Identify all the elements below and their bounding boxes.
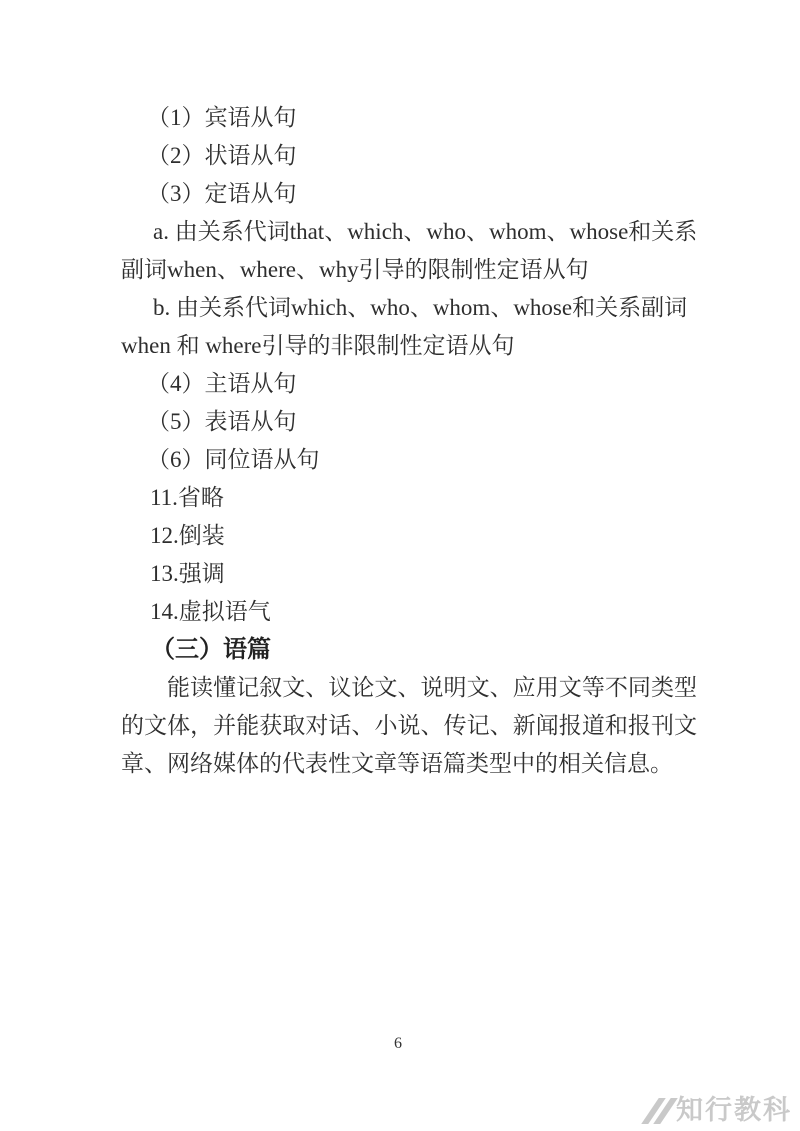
- doc-line-sub-a-cont: 副词when、where、why引导的限制性定语从句: [121, 251, 697, 289]
- doc-line-item-1: （1）宾语从句: [121, 99, 697, 137]
- paragraph-line-2: 的文体，并能获取对话、小说、传记、新闻报道和报刊文: [121, 707, 697, 745]
- doc-line-sub-a: a. 由关系代词that、which、who、whom、whose和关系: [121, 213, 697, 251]
- doc-line-item-6: （6）同位语从句: [121, 441, 697, 479]
- paragraph-line-3: 章、网络媒体的代表性文章等语篇类型中的相关信息。: [121, 745, 697, 783]
- document-body: （1）宾语从句 （2）状语从句 （3）定语从句 a. 由关系代词that、whi…: [121, 99, 697, 783]
- paragraph-line-1: 能读懂记叙文、议论文、说明文、应用文等不同类型: [121, 669, 697, 707]
- watermark: 知行教科: [650, 1093, 792, 1127]
- doc-line-item-12: 12.倒装: [121, 517, 697, 555]
- section-heading: （三）语篇: [121, 631, 697, 669]
- doc-line-item-4: （4）主语从句: [121, 365, 697, 403]
- doc-line-item-2: （2）状语从句: [121, 137, 697, 175]
- doc-line-sub-b: b. 由关系代词which、who、whom、whose和关系副词: [121, 289, 697, 327]
- doc-line-item-13: 13.强调: [121, 555, 697, 593]
- page-number: 6: [0, 1033, 796, 1055]
- doc-line-item-3: （3）定语从句: [121, 175, 697, 213]
- doc-line-item-11: 11.省略: [121, 479, 697, 517]
- doc-line-item-5: （5）表语从句: [121, 403, 697, 441]
- watermark-text: 知行教科: [676, 1093, 792, 1127]
- doc-line-item-14: 14.虚拟语气: [121, 593, 697, 631]
- watermark-logo-icon: [650, 1096, 669, 1124]
- document-page: （1）宾语从句 （2）状语从句 （3）定语从句 a. 由关系代词that、whi…: [0, 0, 800, 1131]
- doc-line-sub-b-cont: when 和 where引导的非限制性定语从句: [121, 327, 697, 365]
